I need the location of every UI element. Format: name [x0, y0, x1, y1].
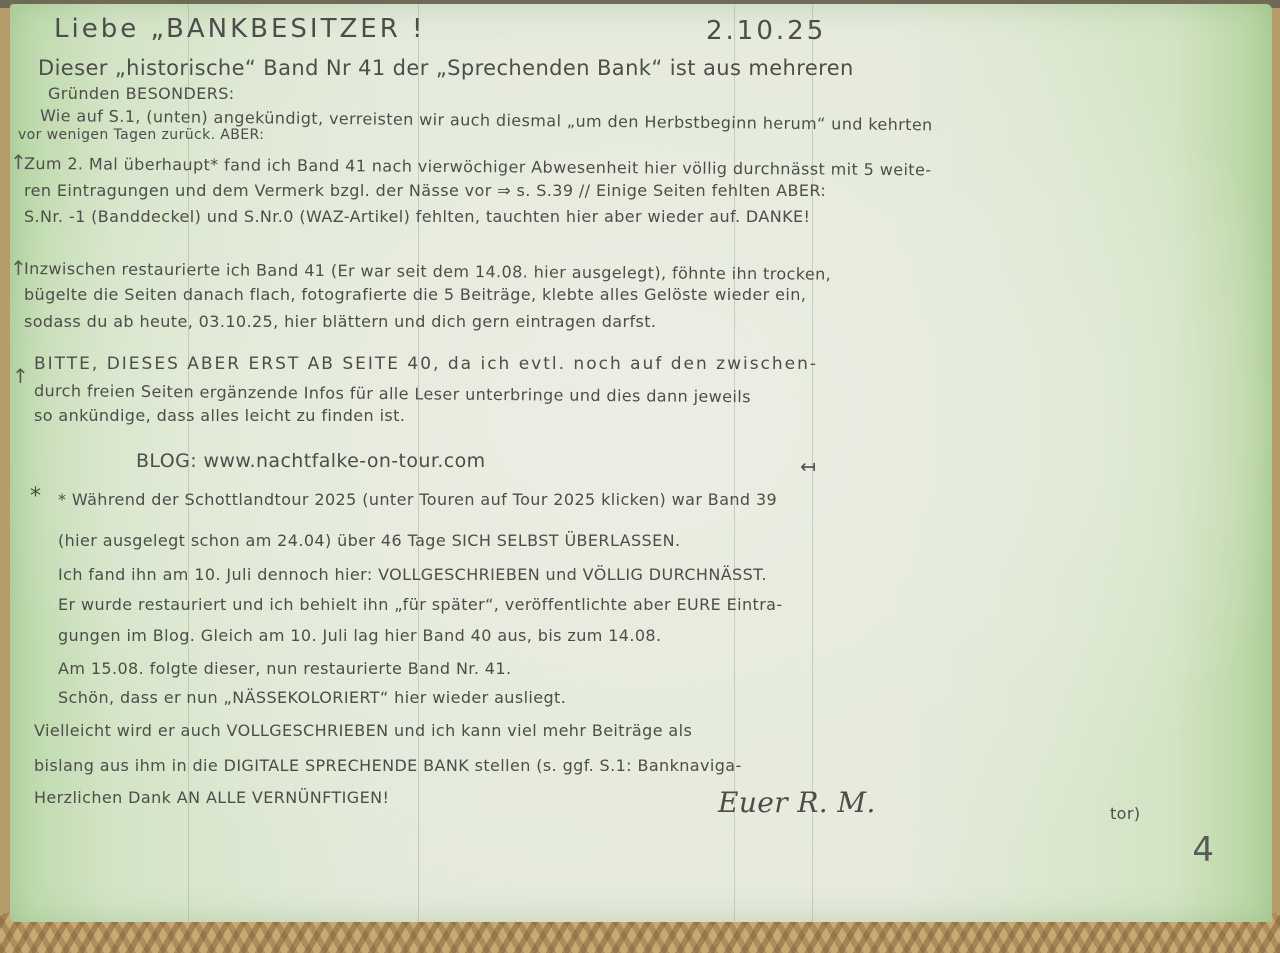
line-11: BITTE, DIESES ABER ERST AB SEITE 40, da …	[34, 354, 818, 374]
line-12: durch freien Seiten ergänzende Infos für…	[34, 381, 751, 406]
line-17: Ich fand ihn am 10. Juli dennoch hier: V…	[58, 565, 767, 584]
greeting: Liebe „BANKBESITZER !	[54, 14, 425, 44]
line-18: Er wurde restauriert und ich behielt ihn…	[58, 595, 783, 614]
paper-fold	[734, 4, 735, 922]
back-arrow-icon: ↤	[800, 456, 816, 478]
signature: Euer R. M.	[718, 786, 876, 819]
line-13: so ankündige, dass alles leicht zu finde…	[34, 406, 405, 425]
line-5: Zum 2. Mal überhaupt* fand ich Band 41 n…	[24, 154, 932, 179]
asterisk-icon: *	[30, 484, 41, 509]
line-15: * Während der Schottlandtour 2025 (unter…	[58, 490, 777, 509]
handwritten-page: Liebe „BANKBESITZER ! 2.10.25 Dieser „hi…	[10, 4, 1272, 922]
line-20: Am 15.08. folgte dieser, nun restauriert…	[58, 659, 511, 678]
line-24: Herzlichen Dank AN ALLE VERNÜNFTIGEN!	[34, 788, 389, 807]
line-1: Dieser „historische“ Band Nr 41 der „Spr…	[38, 56, 854, 80]
line-9: bügelte die Seiten danach flach, fotogra…	[24, 285, 806, 304]
line-23: bislang aus ihm in die DIGITALE SPRECHEN…	[34, 756, 742, 775]
line-10: sodass du ab heute, 03.10.25, hier blätt…	[24, 312, 656, 331]
blog-url: BLOG: www.nachtfalke-on-tour.com	[136, 450, 486, 472]
line-16: (hier ausgelegt schon am 24.04) über 46 …	[58, 531, 680, 550]
line-8: Inzwischen restaurierte ich Band 41 (Er …	[24, 259, 831, 284]
line-7: S.Nr. -1 (Banddeckel) und S.Nr.0 (WAZ-Ar…	[24, 207, 810, 226]
page-number: 4	[1192, 830, 1214, 870]
line-2: Gründen BESONDERS:	[48, 84, 235, 103]
date: 2.10.25	[706, 16, 826, 46]
line-22: Vielleicht wird er auch VOLLGESCHRIEBEN …	[34, 721, 692, 740]
line-21: Schön, dass er nun „NÄSSEKOLORIERT“ hier…	[58, 688, 566, 707]
margin-arrow-up-icon: ↑	[12, 364, 29, 388]
line-19: gungen im Blog. Gleich am 10. Juli lag h…	[58, 626, 662, 645]
line-4: vor wenigen Tagen zurück. ABER:	[18, 127, 264, 143]
continuation: tor)	[1110, 804, 1140, 823]
line-6: ren Eintragungen und dem Vermerk bzgl. d…	[24, 181, 826, 200]
